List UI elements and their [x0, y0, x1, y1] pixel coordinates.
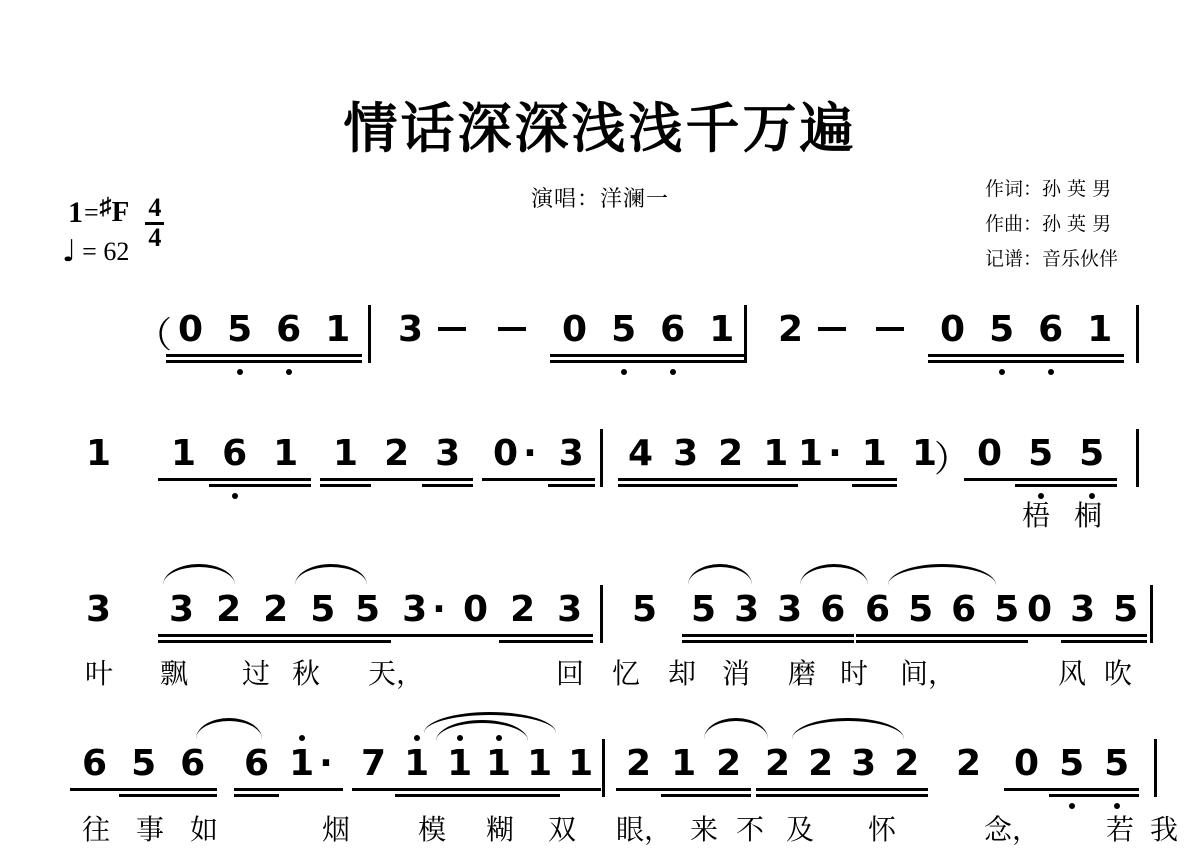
- second-underline: [260, 484, 311, 487]
- note: 3: [768, 592, 811, 628]
- note-digit: 0: [1027, 592, 1052, 628]
- lyric-char: 吹: [1104, 652, 1132, 692]
- note-digit: 6: [865, 592, 890, 628]
- note-group: 711: [352, 746, 481, 791]
- note: 5: [620, 592, 669, 628]
- note: 5: [1066, 436, 1117, 472]
- note: 6: [168, 746, 217, 782]
- note: 1·: [279, 746, 343, 782]
- slur-arc: [792, 718, 904, 739]
- note-digit: 1: [86, 436, 111, 472]
- note-digit: 3: [557, 592, 582, 628]
- credit-composer: 作曲：孙 英 男: [985, 207, 1118, 242]
- note: 6: [1026, 312, 1075, 348]
- lyric-char: 事: [136, 808, 164, 848]
- bar-line: [600, 585, 603, 643]
- note-digit: 2: [510, 592, 535, 628]
- second-underline: [977, 360, 1026, 363]
- note: 5: [344, 592, 391, 628]
- note-digit: 3: [398, 312, 423, 348]
- meter-denominator: 4: [145, 225, 164, 251]
- note-digit: 0: [178, 312, 203, 348]
- note: 1: [478, 746, 519, 782]
- note-group: 0561: [550, 312, 746, 357]
- second-underline: [422, 484, 473, 487]
- second-underline: [1015, 484, 1066, 487]
- note-group: 055: [1004, 746, 1139, 791]
- lyric-char: 我: [1150, 808, 1178, 848]
- note: 6: [648, 312, 697, 348]
- slur-arc: [196, 718, 262, 739]
- note-digit: 3: [435, 436, 460, 472]
- note: 0: [928, 312, 977, 348]
- note-group: 0561: [166, 312, 362, 357]
- score-line: 3322553·023553366565035: [0, 592, 1200, 632]
- note: 3: [663, 436, 708, 472]
- note: 0·: [482, 436, 548, 472]
- second-underline: [661, 794, 706, 797]
- note-digit: 1: [333, 436, 358, 472]
- bar-line: [368, 305, 371, 363]
- sharp-icon: ♯: [100, 194, 112, 221]
- note: 1: [74, 436, 123, 472]
- score-line: 65661·71111121222322055: [0, 746, 1200, 786]
- note-group: 3: [386, 312, 435, 348]
- note: 2: [371, 436, 422, 472]
- note-digit: 6: [222, 436, 247, 472]
- note-group: 5: [620, 592, 669, 628]
- lyric-char: 风: [1058, 652, 1086, 692]
- note: 5: [1015, 436, 1066, 472]
- second-underline: [1049, 794, 1094, 797]
- note-digit: 6: [180, 746, 205, 782]
- second-underline: [599, 360, 648, 363]
- lyric-char: 模: [418, 808, 446, 848]
- bar-line: [744, 305, 747, 363]
- octave-dot-low: [999, 369, 1005, 375]
- bar-line: [1150, 585, 1153, 643]
- tempo-value: = 62: [82, 237, 129, 267]
- lyric-char: 不: [736, 808, 764, 848]
- lyric-char: 过: [242, 652, 270, 692]
- note: 3: [725, 592, 768, 628]
- lyric-char: 眼，: [616, 808, 672, 848]
- note-digit: 1: [709, 312, 734, 348]
- credit-notation: 记谱：音乐伙伴: [985, 242, 1118, 277]
- note: 2: [706, 746, 751, 782]
- note: 5: [215, 312, 264, 348]
- lyric-char: 及: [786, 808, 814, 848]
- note: 0: [1018, 592, 1061, 628]
- note: 3: [842, 746, 885, 782]
- note: 2: [756, 746, 799, 782]
- second-underline: [478, 794, 519, 797]
- note-group: 6565: [856, 592, 1028, 637]
- second-underline: [215, 360, 264, 363]
- lyric-char: 间，: [900, 652, 956, 692]
- duration-dot: ·: [432, 589, 446, 630]
- second-underline: [799, 794, 842, 797]
- note-digit: 1: [763, 436, 788, 472]
- second-underline: [264, 360, 313, 363]
- quarter-note-icon: ♩: [62, 234, 76, 269]
- second-underline: [706, 794, 751, 797]
- bar-line: [1136, 429, 1139, 487]
- note: 2: [766, 312, 815, 348]
- note-digit: 2: [956, 746, 981, 782]
- note-group: 656: [70, 746, 217, 791]
- note: 1: [852, 436, 897, 472]
- note-digit: 0: [463, 592, 488, 628]
- note: 5: [682, 592, 725, 628]
- note: 0: [1004, 746, 1049, 782]
- second-underline: [985, 640, 1028, 643]
- note: 6: [70, 746, 119, 782]
- second-underline: [885, 794, 928, 797]
- second-underline: [756, 794, 799, 797]
- note-group: 035: [1018, 592, 1147, 637]
- note-digit: 0: [1014, 746, 1039, 782]
- note: 1: [697, 312, 746, 348]
- lyric-char: 怀: [868, 808, 896, 848]
- note: 1·: [788, 436, 852, 472]
- lyric-char: 梧: [1022, 494, 1050, 534]
- note-group: 2: [944, 746, 993, 782]
- second-underline: [209, 484, 260, 487]
- note-digit: 5: [632, 592, 657, 628]
- note: 3: [546, 592, 593, 628]
- note: 3: [158, 592, 205, 628]
- second-underline: [166, 360, 215, 363]
- second-underline: [708, 484, 753, 487]
- note-group: 055: [964, 436, 1117, 481]
- lyric-char: 双: [548, 808, 576, 848]
- note: 2: [885, 746, 928, 782]
- note-digit: 5: [691, 592, 716, 628]
- note: 5: [1104, 592, 1147, 628]
- note-digit: 3: [169, 592, 194, 628]
- second-underline: [548, 484, 595, 487]
- lyric-char: 烟: [322, 808, 350, 848]
- note-digit: 1: [171, 436, 196, 472]
- lyric-char: 桐: [1074, 494, 1102, 534]
- note: 7: [352, 746, 395, 782]
- note-digit: 3: [402, 592, 427, 628]
- meter-numerator: 4: [145, 196, 164, 225]
- note-digit: 5: [1059, 746, 1084, 782]
- note: 3: [1061, 592, 1104, 628]
- lyric-char: 时: [840, 652, 868, 692]
- second-underline: [682, 640, 725, 643]
- sheet-music-page: 情话深深浅浅千万遍 演唱：洋澜一 作词：孙 英 男 作曲：孙 英 男 记谱：音乐…: [0, 0, 1200, 850]
- note: 6: [942, 592, 985, 628]
- note-digit: 5: [1104, 746, 1129, 782]
- second-underline: [942, 640, 985, 643]
- note-digit: 6: [820, 592, 845, 628]
- octave-dot-high: [414, 735, 420, 741]
- note-digit: 7: [361, 746, 386, 782]
- note-group: 212: [616, 746, 751, 791]
- second-underline: [499, 640, 546, 643]
- note: 3: [548, 436, 595, 472]
- note-digit: 5: [227, 312, 252, 348]
- second-underline: [158, 640, 205, 643]
- note-group: 61·: [234, 746, 343, 791]
- note: 6: [856, 592, 899, 628]
- note: 3: [74, 592, 123, 628]
- note-digit: 1: [289, 746, 314, 782]
- note-digit: 5: [1113, 592, 1138, 628]
- octave-dot-low: [670, 369, 676, 375]
- octave-dot-low: [621, 369, 627, 375]
- octave-dot-low: [1069, 803, 1075, 809]
- note: 6: [264, 312, 313, 348]
- second-underline: [899, 640, 942, 643]
- note: 1: [320, 436, 371, 472]
- second-underline: [768, 640, 811, 643]
- note-digit: 4: [628, 436, 653, 472]
- note: 5: [119, 746, 168, 782]
- note: 1: [661, 746, 706, 782]
- bar-line: [1154, 739, 1157, 797]
- note-digit: 5: [1079, 436, 1104, 472]
- lyric-char: 回: [556, 652, 584, 692]
- slur-arc: [704, 718, 768, 739]
- note: 6: [209, 436, 260, 472]
- second-underline: [205, 640, 252, 643]
- second-underline: [519, 794, 560, 797]
- note-group: 53·: [344, 592, 457, 637]
- second-underline: [168, 794, 217, 797]
- note-digit: 2: [718, 436, 743, 472]
- octave-dot-low: [237, 369, 243, 375]
- note: 2: [616, 746, 661, 782]
- lyric-char: 天，: [368, 652, 424, 692]
- note-group: 5336: [682, 592, 854, 637]
- second-underline: [438, 794, 481, 797]
- note-group: 023: [452, 592, 593, 637]
- note: 2: [252, 592, 299, 628]
- note: 1: [560, 746, 601, 782]
- note-group: 123: [320, 436, 473, 481]
- note-digit: 1: [273, 436, 298, 472]
- second-underline: [395, 794, 438, 797]
- note-digit: 2: [384, 436, 409, 472]
- note: 0: [452, 592, 499, 628]
- second-underline: [299, 640, 346, 643]
- key-do: 1: [68, 196, 83, 230]
- note-digit: 3: [734, 592, 759, 628]
- second-underline: [1094, 794, 1139, 797]
- note-digit: 6: [951, 592, 976, 628]
- note-digit: 0: [977, 436, 1002, 472]
- lyric-char: 却: [668, 652, 696, 692]
- note-group: 111: [478, 746, 601, 791]
- note-group: 0·3: [482, 436, 595, 481]
- note-digit: 2: [778, 312, 803, 348]
- second-underline: [852, 484, 897, 487]
- note-digit: 3: [851, 746, 876, 782]
- time-signature: 44: [145, 196, 164, 250]
- octave-dot-low: [232, 493, 238, 499]
- note-digit: 1: [447, 746, 472, 782]
- bar-line: [602, 739, 605, 797]
- slur-arc: [163, 564, 235, 585]
- second-underline: [697, 360, 746, 363]
- note: 5: [299, 592, 346, 628]
- note-digit: 5: [355, 592, 380, 628]
- duration-dash: [498, 327, 526, 331]
- note-digit: 0: [562, 312, 587, 348]
- note-digit: 2: [263, 592, 288, 628]
- note-digit: 5: [908, 592, 933, 628]
- note-digit: 6: [1038, 312, 1063, 348]
- note-digit: 1: [486, 746, 511, 782]
- note-digit: 2: [894, 746, 919, 782]
- second-underline: [618, 484, 663, 487]
- note-digit: 5: [310, 592, 335, 628]
- note: 0: [550, 312, 599, 348]
- second-underline: [842, 794, 885, 797]
- second-underline: [856, 640, 899, 643]
- note-digit: 6: [660, 312, 685, 348]
- note: 1: [313, 312, 362, 348]
- note: 2: [708, 436, 753, 472]
- note: 1: [1075, 312, 1124, 348]
- note-digit: 1: [798, 436, 823, 472]
- note-digit: 1: [862, 436, 887, 472]
- second-underline: [1066, 484, 1117, 487]
- lyric-char: 磨: [788, 652, 816, 692]
- song-title: 情话深深浅浅千万遍: [0, 86, 1200, 163]
- lyric-char: 秋: [292, 652, 320, 692]
- second-underline: [648, 360, 697, 363]
- note-digit: 2: [808, 746, 833, 782]
- note-digit: 3: [673, 436, 698, 472]
- note-digit: 1: [404, 746, 429, 782]
- note: 1: [438, 746, 481, 782]
- note-digit: 6: [82, 746, 107, 782]
- second-underline: [1075, 360, 1124, 363]
- note-digit: 2: [216, 592, 241, 628]
- second-underline: [550, 360, 599, 363]
- slur-arc: [295, 564, 367, 585]
- note-digit: 2: [765, 746, 790, 782]
- note-group: 161: [158, 436, 311, 481]
- duration-dot: ·: [319, 743, 333, 784]
- second-underline: [320, 484, 371, 487]
- note: 3·: [391, 592, 457, 628]
- slur-arc: [800, 564, 868, 585]
- note: 0: [964, 436, 1015, 472]
- note-group: 4321: [618, 436, 798, 481]
- note-digit: 1: [325, 312, 350, 348]
- second-underline: [1026, 360, 1075, 363]
- lyric-char: 若: [1106, 808, 1134, 848]
- lyric-char: 念，: [984, 808, 1040, 848]
- duration-dash: [818, 327, 846, 331]
- note-digit: 1: [671, 746, 696, 782]
- octave-dot-high: [299, 735, 305, 741]
- note: 1: [158, 436, 209, 472]
- second-underline: [663, 484, 708, 487]
- key-equals: =: [84, 198, 99, 228]
- duration-dot: ·: [523, 433, 537, 474]
- note-digit: 5: [994, 592, 1019, 628]
- note-digit: 5: [611, 312, 636, 348]
- note: 0: [166, 312, 215, 348]
- second-underline: [725, 640, 768, 643]
- note: 6: [234, 746, 279, 782]
- slur-arc: [688, 564, 752, 585]
- score-line: 11611230·343211·11）055: [0, 436, 1200, 476]
- duration-dash: [876, 327, 904, 331]
- note: 5: [899, 592, 942, 628]
- octave-dot-low: [286, 369, 292, 375]
- key-tonic: F: [112, 196, 130, 229]
- note: 6: [811, 592, 854, 628]
- lyric-char: 如: [190, 808, 218, 848]
- note-digit: 6: [244, 746, 269, 782]
- note-digit: 0: [493, 436, 518, 472]
- note-digit: 3: [86, 592, 111, 628]
- tempo-marking: ♩= 62: [62, 234, 129, 269]
- note: 5: [1049, 746, 1094, 782]
- note: 2: [205, 592, 252, 628]
- note-digit: 1: [568, 746, 593, 782]
- note: 3: [386, 312, 435, 348]
- lyric-char: 忆: [612, 652, 640, 692]
- note-digit: 1: [527, 746, 552, 782]
- second-underline: [928, 360, 977, 363]
- note: 3: [422, 436, 473, 472]
- second-underline: [252, 640, 299, 643]
- score-line: （05613056120561: [0, 312, 1200, 352]
- note: 5: [599, 312, 648, 348]
- note: 2: [799, 746, 842, 782]
- second-underline: [1104, 640, 1147, 643]
- second-underline: [344, 640, 391, 643]
- lyric-char: 来: [690, 808, 718, 848]
- note-group: 3225: [158, 592, 346, 637]
- second-underline: [753, 484, 798, 487]
- note-digit: 5: [131, 746, 156, 782]
- note-group: 2: [766, 312, 815, 348]
- second-underline: [313, 360, 362, 363]
- note-digit: 3: [777, 592, 802, 628]
- note-digit: 0: [940, 312, 965, 348]
- slur-arc: [888, 564, 996, 585]
- note-digit: 3: [1070, 592, 1095, 628]
- note-group: 1·1: [788, 436, 897, 481]
- second-underline: [119, 794, 168, 797]
- note-digit: 2: [716, 746, 741, 782]
- bar-line: [600, 429, 603, 487]
- note: 2: [499, 592, 546, 628]
- duration-dash: [438, 327, 466, 331]
- lyric-char: 消: [722, 652, 750, 692]
- note-digit: 3: [559, 436, 584, 472]
- note-digit: 2: [626, 746, 651, 782]
- note-digit: 6: [276, 312, 301, 348]
- note: 1: [260, 436, 311, 472]
- note: 1: [395, 746, 438, 782]
- second-underline: [234, 794, 279, 797]
- lyric-char: 飘: [160, 652, 188, 692]
- note: 1: [519, 746, 560, 782]
- note-digit: 5: [989, 312, 1014, 348]
- lyric-char: 往: [82, 808, 110, 848]
